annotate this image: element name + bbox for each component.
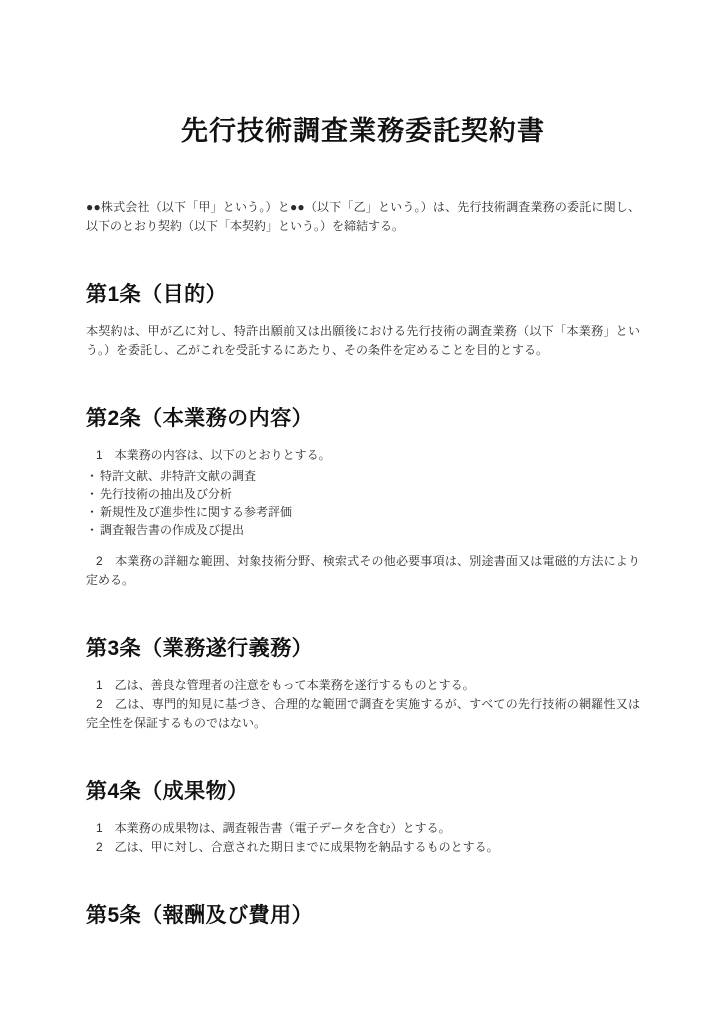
article-1-section: 第1条（目的） 本契約は、甲が乙に対し、特許出願前又は出願後における先行技術の調…: [86, 282, 640, 360]
document-content: 先行技術調査業務委託契約書 ●●株式会社（以下「甲」という。）と●●（以下「乙」…: [86, 0, 640, 928]
bullet-item: ・先行技術の抽出及び分析: [86, 485, 640, 503]
article-2-heading: 第2条（本業務の内容）: [86, 406, 640, 431]
article-2-section: 第2条（本業務の内容） 1 本業務の内容は、以下のとおりとする。 ・特許文献、非…: [86, 406, 640, 590]
article-3-heading: 第3条（業務遂行義務）: [86, 636, 640, 661]
bullet-item-text: 調査報告書の作成及び提出: [100, 523, 244, 537]
bullet-item: ・新規性及び進歩性に関する参考評価: [86, 503, 640, 521]
article-1-heading: 第1条（目的）: [86, 282, 640, 307]
article-2-clause-1: 1 本業務の内容は、以下のとおりとする。: [86, 446, 640, 465]
article-4-heading: 第4条（成果物）: [86, 779, 640, 804]
bullet-item: ・調査報告書の作成及び提出: [86, 521, 640, 539]
article-4-clause-1: 1 本業務の成果物は、調査報告書（電子データを含む）とする。: [86, 819, 640, 838]
bullet-marker: ・: [86, 487, 98, 501]
article-1-body: 本契約は、甲が乙に対し、特許出願前又は出願後における先行技術の調査業務（以下「本…: [86, 322, 640, 360]
bullet-marker: ・: [86, 469, 98, 483]
bullet-item-text: 新規性及び進歩性に関する参考評価: [100, 505, 292, 519]
bullet-marker: ・: [86, 523, 98, 537]
bullet-item: ・特許文献、非特許文献の調査: [86, 467, 640, 485]
article-2-clause-2: 2 本業務の詳細な範囲、対象技術分野、検索式その他必要事項は、別途書面又は電磁的…: [86, 552, 640, 590]
article-5-heading: 第5条（報酬及び費用）: [86, 903, 640, 928]
bullet-marker: ・: [86, 505, 98, 519]
article-5-section: 第5条（報酬及び費用）: [86, 903, 640, 928]
document-title: 先行技術調査業務委託契約書: [86, 0, 640, 146]
article-3-clause-2: 2 乙は、専門的知見に基づき、合理的な範囲で調査を実施するが、すべての先行技術の…: [86, 695, 640, 733]
intro-paragraph: ●●株式会社（以下「甲」という。）と●●（以下「乙」という。）は、先行技術調査業…: [86, 198, 640, 236]
article-3-section: 第3条（業務遂行義務） 1 乙は、善良な管理者の注意をもって本業務を遂行するもの…: [86, 636, 640, 733]
bullet-item-text: 特許文献、非特許文献の調査: [100, 469, 256, 483]
article-3-clause-1: 1 乙は、善良な管理者の注意をもって本業務を遂行するものとする。: [86, 676, 640, 695]
article-2-bullet-list: ・特許文献、非特許文献の調査 ・先行技術の抽出及び分析 ・新規性及び進歩性に関す…: [86, 467, 640, 539]
bullet-item-text: 先行技術の抽出及び分析: [100, 487, 232, 501]
document-page: 先行技術調査業務委託契約書 ●●株式会社（以下「甲」という。）と●●（以下「乙」…: [0, 0, 724, 1024]
article-4-clause-2: 2 乙は、甲に対し、合意された期日までに成果物を納品するものとする。: [86, 838, 640, 857]
article-4-section: 第4条（成果物） 1 本業務の成果物は、調査報告書（電子データを含む）とする。 …: [86, 779, 640, 857]
